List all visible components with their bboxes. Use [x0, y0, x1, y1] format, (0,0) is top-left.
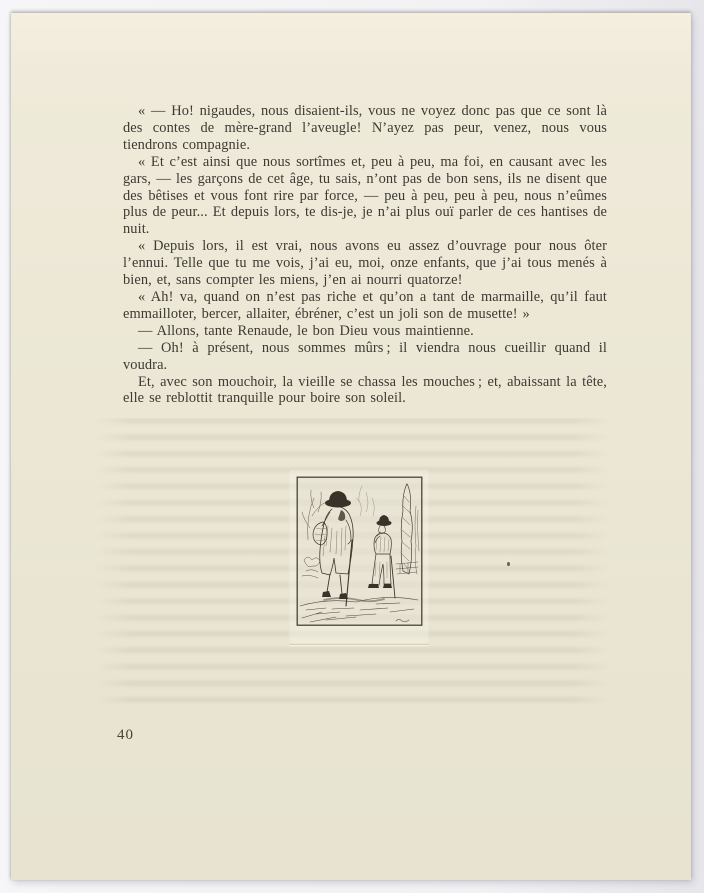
etching-illustration	[296, 476, 423, 628]
scanner-backdrop: « — Ho! nigaudes, nous disaient-ils, vou…	[0, 0, 704, 893]
text-paragraph: « — Ho! nigaudes, nous disaient-ils, vou…	[123, 103, 607, 154]
text-paragraph: — Allons, tante Renaude, le bon Dieu vou…	[123, 323, 607, 340]
book-page: « — Ho! nigaudes, nous disaient-ils, vou…	[11, 13, 691, 880]
page-number: 40	[117, 727, 134, 744]
text-paragraph: Et, avec son mouchoir, la vieille se cha…	[123, 374, 607, 408]
text-paragraph: « Et c’est ainsi que nous sortîmes et, p…	[123, 154, 607, 239]
text-paragraph: — Oh! à présent, nous sommes mûrs ; il v…	[123, 340, 607, 374]
text-paragraph: « Depuis lors, il est vrai, nous avons e…	[123, 238, 607, 289]
ink-fleck	[507, 562, 510, 566]
text-paragraph: « Ah! va, quand on n’est pas riche et qu…	[123, 289, 607, 323]
body-text: « — Ho! nigaudes, nous disaient-ils, vou…	[123, 103, 607, 407]
